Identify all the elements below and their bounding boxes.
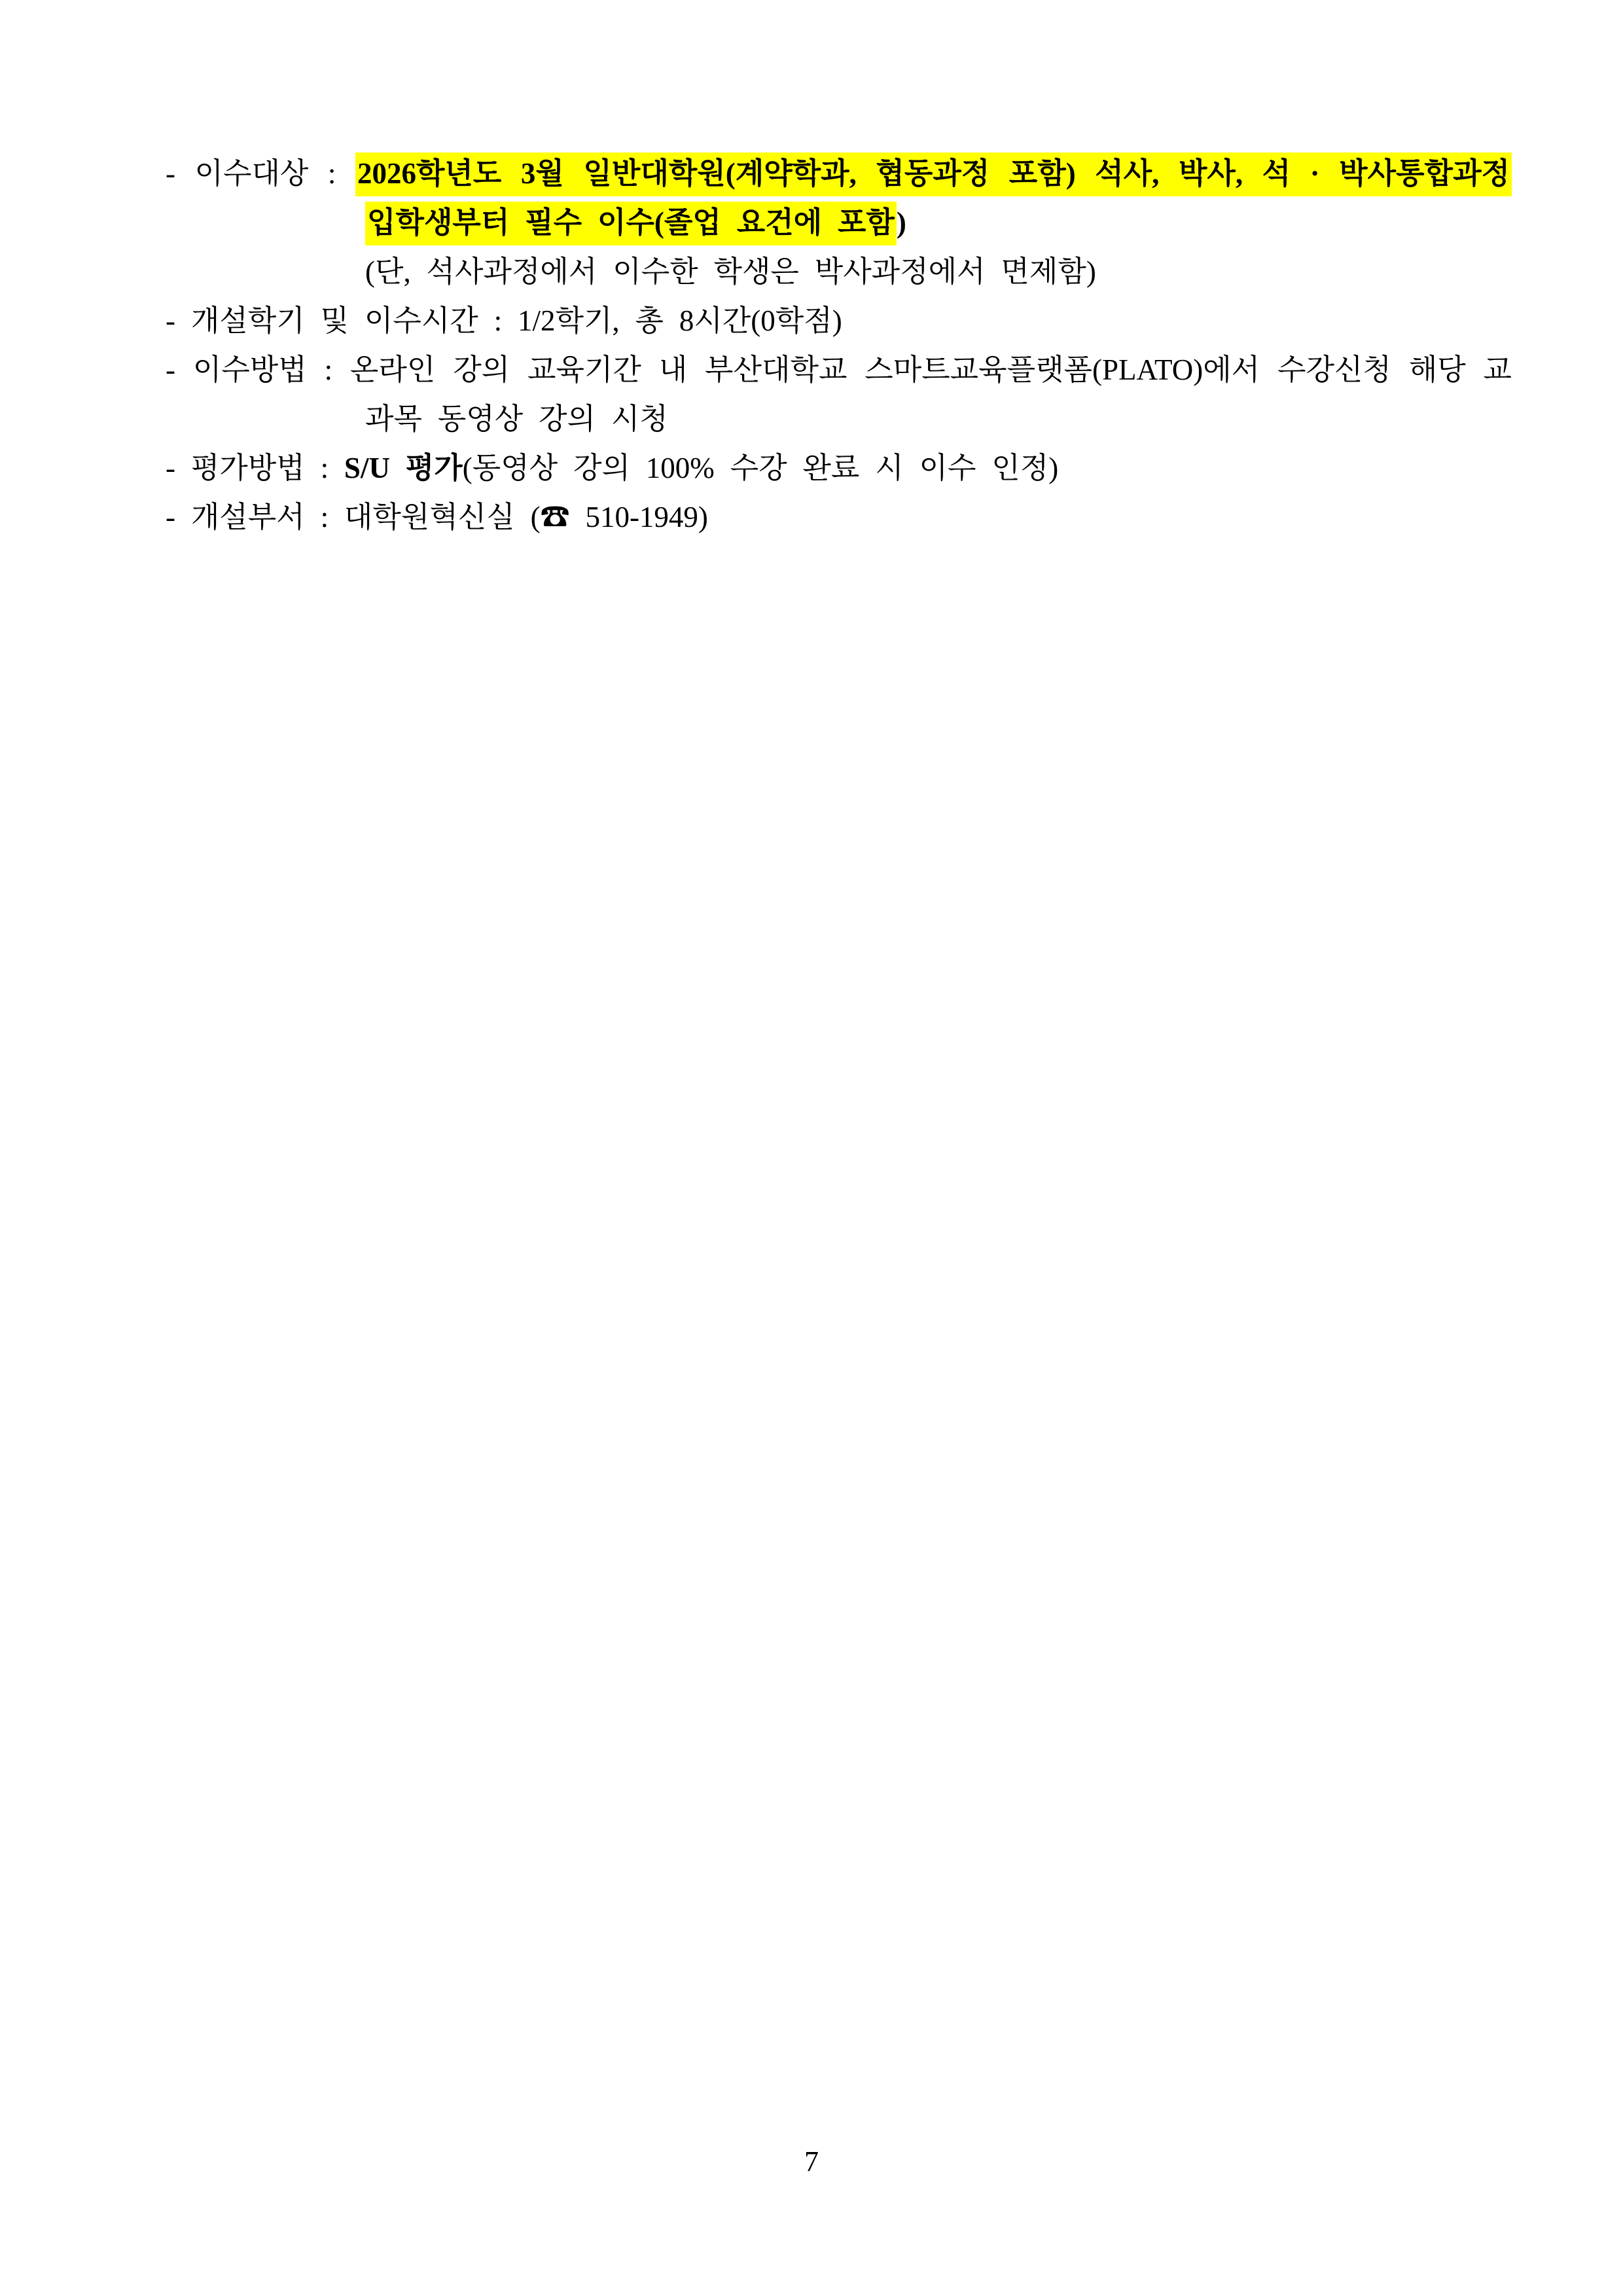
list-item-semester: - 개설학기 및 이수시간 : 1/2학기, 총 8시간(0학점)	[166, 296, 1512, 346]
method-text-line1: - 이수방법 : 온라인 강의 교육기간 내 부산대학교 스마트교육플랫폼(PL…	[166, 353, 1512, 386]
list-item-target-line1: - 이수대상 : 2026학년도 3월 일반대학원(계약학과, 협동과정 포함)…	[166, 149, 1512, 198]
document-page: - 이수대상 : 2026학년도 3월 일반대학원(계약학과, 협동과정 포함)…	[0, 0, 1623, 2296]
evaluation-label: - 평가방법 :	[166, 452, 344, 484]
list-item-method-line2: 과목 동영상 강의 시청	[166, 395, 1512, 444]
exemption-note-text: (단, 석사과정에서 이수한 학생은 박사과정에서 면제함)	[365, 255, 1096, 288]
department-label: - 개설부서 : 대학원혁신실 (	[166, 501, 541, 533]
method-text-line2: 과목 동영상 강의 시청	[365, 403, 668, 435]
highlighted-text-line2: 입학생부터 필수 이수(졸업 요건에 포함	[365, 202, 897, 245]
item-target-label: - 이수대상 :	[166, 157, 355, 190]
page-number: 7	[0, 2145, 1623, 2178]
list-item-department: - 개설부서 : 대학원혁신실 (☎ 510-1949)	[166, 493, 1512, 542]
list-item-method-line1: - 이수방법 : 온라인 강의 교육기간 내 부산대학교 스마트교육플랫폼(PL…	[166, 346, 1512, 395]
notice-body: - 이수대상 : 2026학년도 3월 일반대학원(계약학과, 협동과정 포함)…	[166, 149, 1512, 542]
evaluation-rest-text: (동영상 강의 100% 수강 완료 시 이수 인정)	[463, 452, 1059, 484]
department-phone-number: 510-1949)	[570, 501, 708, 533]
list-item-target-note: (단, 석사과정에서 이수한 학생은 박사과정에서 면제함)	[166, 247, 1512, 296]
telephone-icon: ☎	[541, 501, 570, 533]
list-item-target-line2: 입학생부터 필수 이수(졸업 요건에 포함)	[166, 198, 1512, 247]
closing-paren: )	[897, 206, 906, 239]
evaluation-bold-text: S/U 평가	[344, 452, 463, 484]
highlighted-text-line1: 2026학년도 3월 일반대학원(계약학과, 협동과정 포함) 석사, 박사, …	[355, 152, 1512, 196]
list-item-evaluation: - 평가방법 : S/U 평가(동영상 강의 100% 수강 완료 시 이수 인…	[166, 444, 1512, 493]
semester-text: - 개설학기 및 이수시간 : 1/2학기, 총 8시간(0학점)	[166, 304, 842, 337]
